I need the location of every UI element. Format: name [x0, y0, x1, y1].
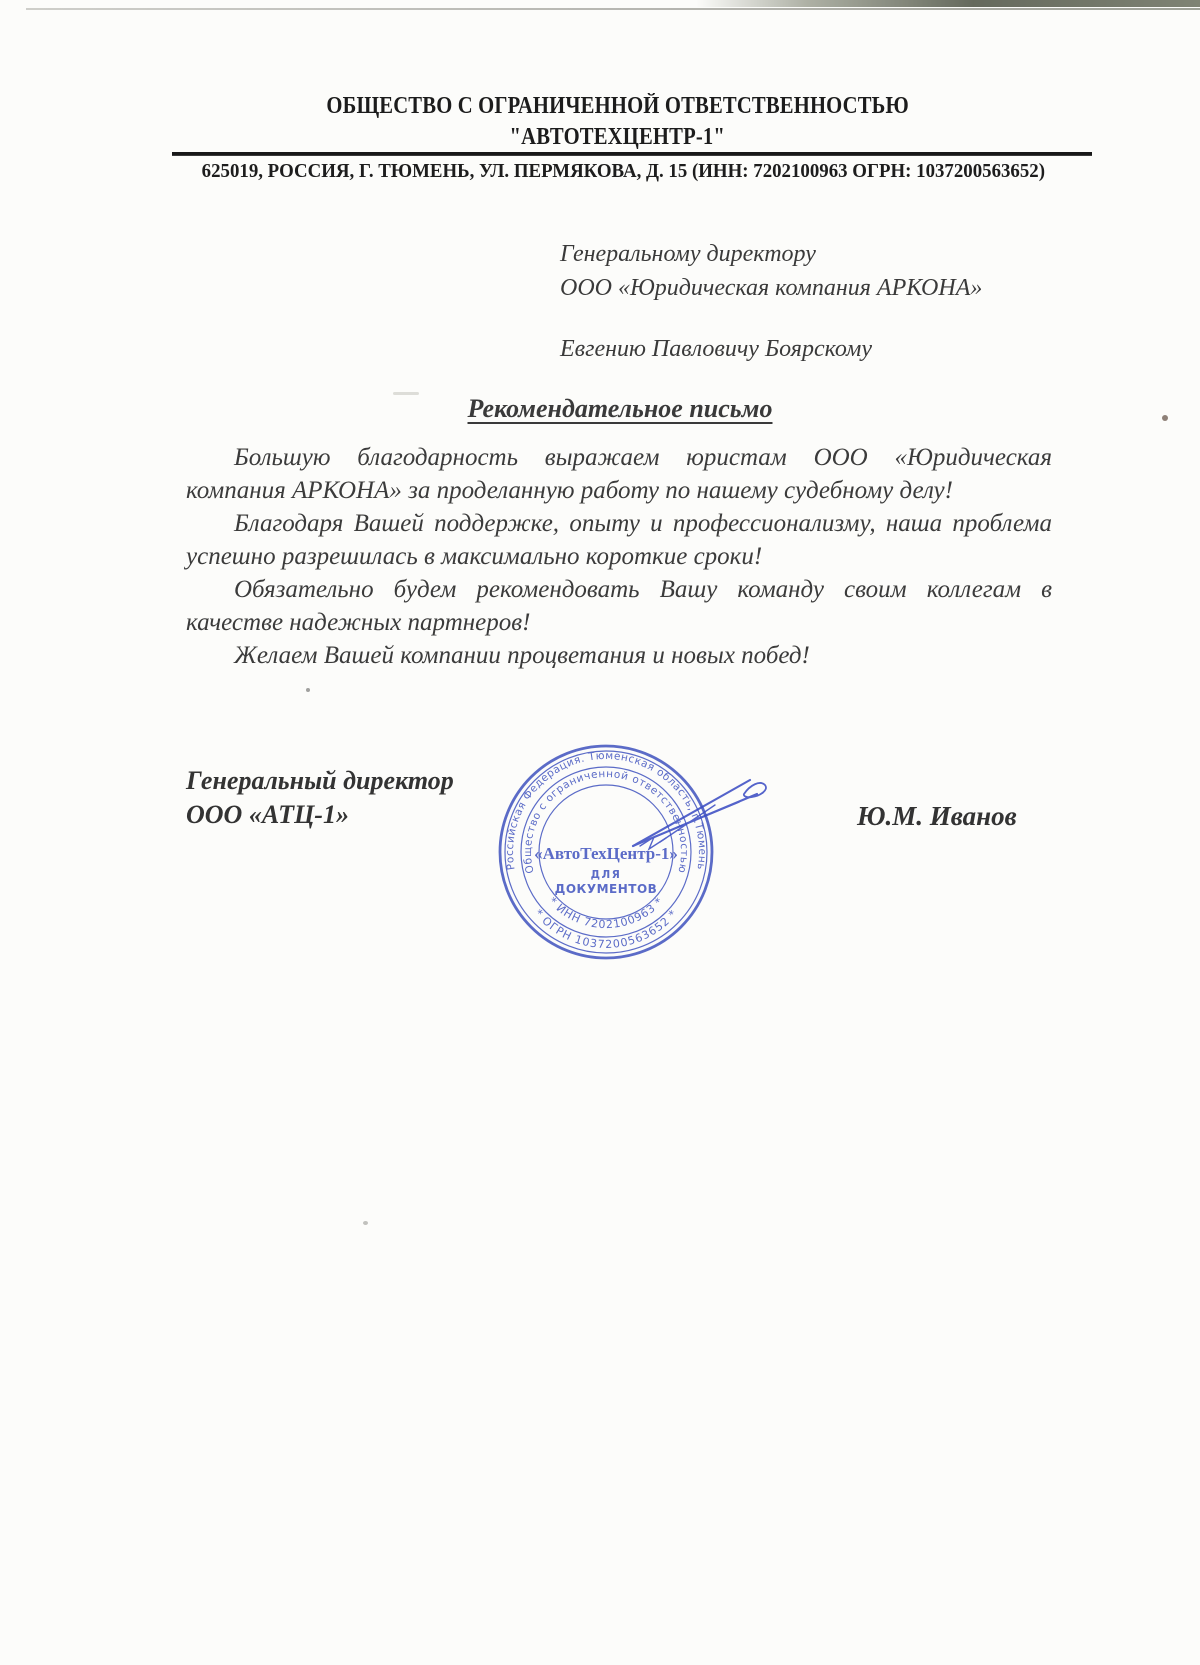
scan-edge-artifact — [696, 0, 1200, 7]
signature-title-line1: Генеральный директор — [186, 766, 454, 796]
body-paragraph: Желаем Вашей компании процветания и новы… — [186, 639, 1052, 672]
body-paragraph: Большую благодарность выражаем юристам О… — [186, 441, 1052, 507]
stamp-center-line2: ДЛЯ — [591, 869, 622, 881]
scan-speck — [363, 1221, 368, 1225]
handwritten-signature — [596, 758, 776, 858]
scan-speck — [1162, 415, 1168, 421]
body-paragraph: Обязательно будем рекомендовать Вашу ком… — [186, 573, 1052, 639]
org-name-line1: ОБЩЕСТВО С ОГРАНИЧЕННОЙ ОТВЕТСТВЕННОСТЬЮ — [150, 93, 1085, 120]
letter-title: Рекомендательное письмо — [170, 394, 1070, 424]
scan-speck — [306, 688, 310, 692]
body-paragraph: Благодаря Вашей поддержке, опыту и профе… — [186, 507, 1052, 573]
scan-speck — [393, 392, 419, 395]
letterhead-rule — [172, 152, 1092, 156]
addressee-block: Генеральному директору ООО «Юридическая … — [560, 237, 1030, 366]
signer-name: Ю.М. Иванов — [857, 801, 1017, 832]
stamp-center-line3: ДОКУМЕНТОВ — [555, 882, 658, 896]
scan-edge-line — [26, 8, 1200, 10]
addressee-person: Евгению Павловичу Боярскому — [560, 332, 1030, 366]
addressee-company: ООО «Юридическая компания АРКОНА» — [560, 271, 1030, 305]
addressee-position: Генеральному директору — [560, 237, 1030, 271]
org-name-line2: "АВТОТЕХЦЕНТР-1" — [150, 124, 1085, 151]
letter-page: ОБЩЕСТВО С ОГРАНИЧЕННОЙ ОТВЕТСТВЕННОСТЬЮ… — [0, 0, 1200, 1665]
org-address-line: 625019, РОССИЯ, Г. ТЮМЕНЬ, УЛ. ПЕРМЯКОВА… — [148, 160, 1098, 183]
letter-body: Большую благодарность выражаем юристам О… — [186, 441, 1052, 672]
signature-title-line2: ООО «АТЦ-1» — [186, 800, 349, 830]
